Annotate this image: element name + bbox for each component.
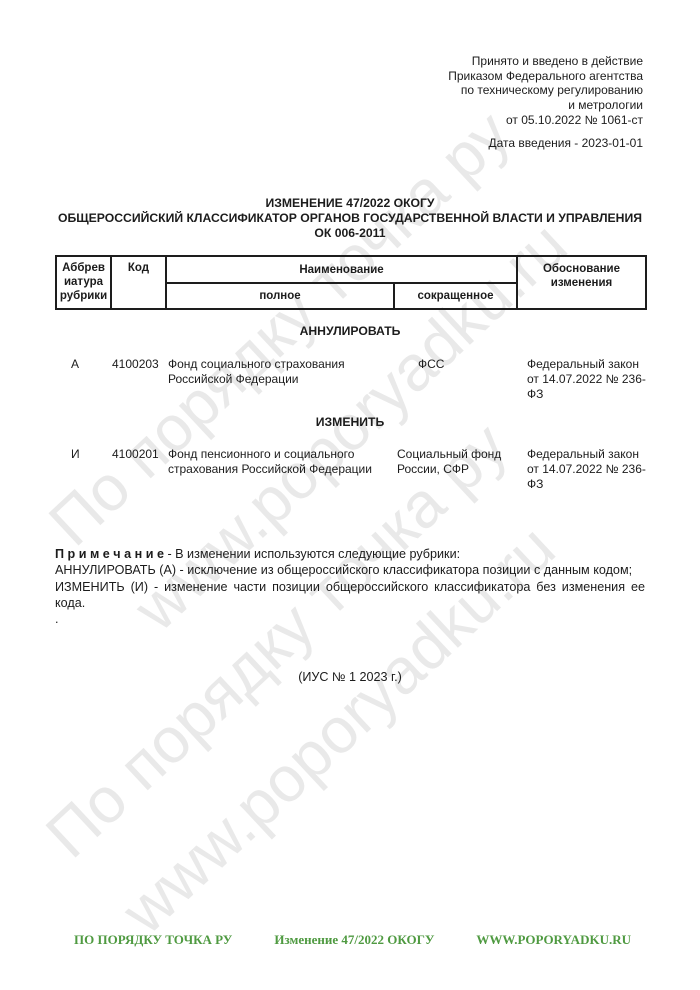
header-name-full: полное (167, 284, 395, 308)
document-content: Принято и введено в действие Приказом Фе… (0, 0, 700, 990)
footer-site-name: ПО ПОРЯДКУ ТОЧКА РУ (74, 932, 232, 948)
document-title: ИЗМЕНЕНИЕ 47/2022 ОКОГУ ОБЩЕРОССИЙСКИЙ К… (28, 196, 672, 242)
cell-code: 4100201 (112, 447, 159, 462)
header-name-group: Наименование полное сокращенное (165, 257, 516, 308)
note-item: АННУЛИРОВАТЬ (А) - исключение из общерос… (55, 562, 645, 578)
header-name: Наименование (167, 257, 516, 284)
header-code: Код (110, 257, 165, 308)
section-heading-annul: АННУЛИРОВАТЬ (55, 324, 645, 338)
note-label: П р и м е ч а н и е (55, 547, 164, 561)
note-block: П р и м е ч а н и е - В изменении исполь… (55, 546, 645, 627)
cell-full-name: Фонд социального страхования Российской … (168, 357, 390, 387)
header-name-short: сокращенное (395, 284, 516, 308)
cell-abbr: И (71, 447, 80, 462)
title-line-2: ОБЩЕРОССИЙСКИЙ КЛАССИФИКАТОР ОРГАНОВ ГОС… (28, 211, 672, 226)
header-name-split: полное сокращенное (167, 284, 516, 308)
note-item: ИЗМЕНИТЬ (И) - изменение части позиции о… (55, 579, 645, 612)
acceptance-line: по техническому регулированию (323, 83, 643, 98)
acceptance-line: Принято и введено в действие (323, 54, 643, 69)
header-reason: Обоснование изменения (516, 257, 645, 308)
cell-short-name: Социальный фонд России, СФР (397, 447, 519, 477)
section-heading-change: ИЗМЕНИТЬ (55, 415, 645, 429)
cell-reason: Федеральный закон от 14.07.2022 № 236-ФЗ (527, 357, 649, 402)
cell-short-name: ФСС (418, 357, 540, 372)
acceptance-block: Принято и введено в действие Приказом Фе… (323, 54, 643, 150)
acceptance-line: от 05.10.2022 № 1061-ст (323, 113, 643, 128)
page-footer: ПО ПОРЯДКУ ТОЧКА РУ Изменение 47/2022 ОК… (74, 932, 631, 948)
note-intro-line: П р и м е ч а н и е - В изменении исполь… (55, 546, 645, 562)
note-dot: . (55, 611, 645, 627)
introduction-date: Дата введения - 2023-01-01 (323, 136, 643, 151)
title-line-3: ОК 006-2011 (28, 226, 672, 241)
note-intro: - В изменении используются следующие руб… (164, 547, 460, 561)
cell-full-name: Фонд пенсионного и социального страхован… (168, 447, 390, 477)
footer-document-name: Изменение 47/2022 ОКОГУ (274, 932, 434, 948)
cell-code: 4100203 (112, 357, 159, 372)
classifier-table-header: Аббрев иатура рубрики Код Наименование п… (55, 255, 647, 310)
document-page: По порядку точка ру www.poporyadku.ru По… (0, 0, 700, 990)
ius-reference: (ИУС № 1 2023 г.) (55, 670, 645, 684)
cell-abbr: А (71, 357, 79, 372)
cell-reason: Федеральный закон от 14.07.2022 № 236-ФЗ (527, 447, 649, 492)
header-abbr: Аббрев иатура рубрики (57, 257, 110, 308)
footer-site-url: WWW.POPORYADKU.RU (476, 932, 631, 948)
acceptance-line: Приказом Федерального агентства (323, 69, 643, 84)
title-line-1: ИЗМЕНЕНИЕ 47/2022 ОКОГУ (28, 196, 672, 211)
acceptance-line: и метрологии (323, 98, 643, 113)
